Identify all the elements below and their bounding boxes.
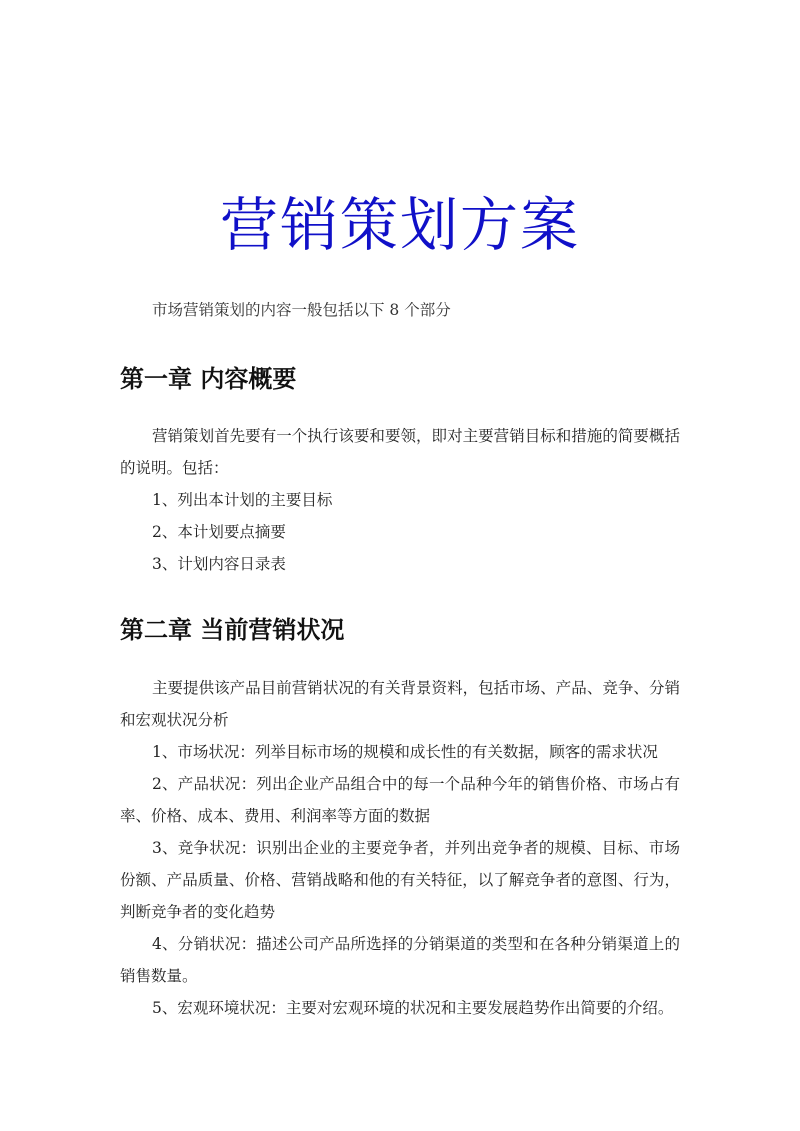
chapter-2-body: 主要提供该产品目前营销状况的有关背景资料，包括市场、产品、竞争、分销和宏观状况分… — [120, 672, 680, 1024]
list-item: 5、宏观环境状况：主要对宏观环境的状况和主要发展趋势作出简要的介绍。 — [120, 992, 680, 1024]
document-title: 营销策划方案 — [0, 188, 800, 262]
list-item: 3、计划内容日录表 — [120, 548, 680, 580]
list-item: 1、市场状况：列举目标市场的规模和成长性的有关数据，顾客的需求状况 — [120, 736, 680, 768]
chapter-1-heading: 第一章 内容概要 — [120, 362, 296, 396]
chapter-2-paragraph: 主要提供该产品目前营销状况的有关背景资料，包括市场、产品、竞争、分销和宏观状况分… — [120, 672, 680, 736]
list-item: 1、列出本计划的主要目标 — [120, 484, 680, 516]
chapter-2-heading: 第二章 当前营销状况 — [120, 613, 344, 647]
list-item: 3、竞争状况：识别出企业的主要竞争者，并列出竞争者的规模、目标、市场份额、产品质… — [120, 832, 680, 928]
document-page: 营销策划方案 市场营销策划的内容一般包括以下 8 个部分 第一章 内容概要 营销… — [0, 0, 800, 1131]
intro-text: 市场营销策划的内容一般包括以下 8 个部分 — [152, 298, 451, 322]
list-item: 4、分销状况：描述公司产品所选择的分销渠道的类型和在各种分销渠道上的销售数量。 — [120, 928, 680, 992]
chapter-1-paragraph: 营销策划首先要有一个执行该要和要领，即对主要营销目标和措施的简要概括的说明。包括… — [120, 420, 680, 484]
chapter-1-body: 营销策划首先要有一个执行该要和要领，即对主要营销目标和措施的简要概括的说明。包括… — [120, 420, 680, 580]
list-item: 2、本计划要点摘要 — [120, 516, 680, 548]
list-item: 2、产品状况：列出企业产品组合中的每一个品种今年的销售价格、市场占有率、价格、成… — [120, 768, 680, 832]
